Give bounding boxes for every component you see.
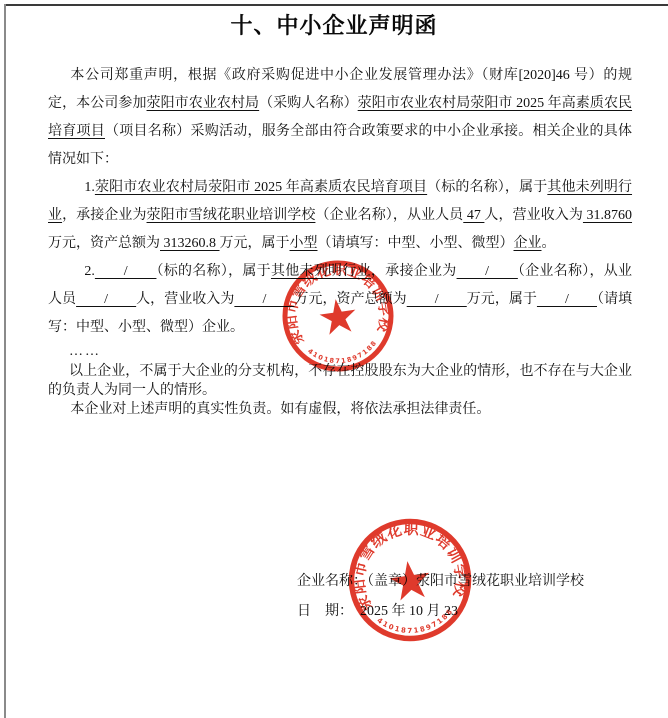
filled-field-text: 31.8760 [583,208,632,223]
filled-field-text: / [407,292,467,307]
text-run: （请填写：中型、小型、微型） [318,236,514,251]
text-run: …… [69,344,101,359]
text-run: 1. [84,180,95,195]
text-run: 万元，资产总额为 [48,236,160,251]
text-run: 万元，属于 [220,236,290,251]
filled-field-text: 荥阳市农业农村局 [147,96,260,111]
page-border-top [5,4,668,6]
text-run: 人，营业收入为 [136,292,234,307]
filled-field-text: 小型 [290,236,318,251]
date-line: 日 期： 2025 年 10 月 23 [297,597,584,627]
signature-block: 企业名称：（盖章）荥阳市雪绒花职业培训学校 日 期： 2025 年 10 月 2… [297,567,584,627]
filled-field-text: 47 [463,208,484,223]
text-run: （标的名称），属于 [427,180,547,195]
text-run: 本企业对上述声明的真实性负责。如有虚假，将依法承担法律责任。 [70,402,490,417]
filled-field-text: 荥阳市农业农村局荥阳市 2025 年高素质农民培育项目 [95,180,427,195]
text-run: ，承接企业为 [62,208,146,223]
paragraph-no-big-enterprise: 以上企业，不属于大企业的分支机构，不存在控股股东为大企业的情形，也不存在与大企业… [48,362,632,400]
text-run: ，承接企业为 [371,264,457,279]
text-run: 以上企业，不属于大企业的分支机构，不存在控股股东为大企业的情形，也不存在与大企业… [48,364,632,398]
paragraph-intro: 本公司郑重声明，根据《政府采购促进中小企业发展管理办法》（财库[2020]46 … [48,62,632,174]
company-name-line: 企业名称：（盖章）荥阳市雪绒花职业培训学校 [297,567,584,597]
filled-field-text: / [95,264,157,279]
text-run: 。 [542,236,556,251]
text-run: 人，营业收入为 [484,208,583,223]
filled-field-text: / [457,264,518,279]
paragraph-responsibility: 本企业对上述声明的真实性负责。如有虚假，将依法承担法律责任。 [48,400,632,419]
paragraph-ellipsis: …… [48,342,632,362]
filled-field-text: 荥阳市雪绒花职业培训学校 [147,208,316,223]
text-run: （标的名称），属于 [156,264,271,279]
filled-field-text: 其他未列明行业 [271,264,371,279]
filled-field-text: 企业 [514,236,542,251]
filled-field-text: / [76,292,136,307]
filled-field-text: / [234,292,294,307]
document-page: { "document": { "title": "十、中小企业声明函", "p… [0,0,668,718]
text-run: （项目名称）采购活动，服务全部由符合政策要求的中小企业承接。相关企业的具体情况如… [48,124,632,167]
filled-field-text: 313260.8 [160,236,220,251]
page-border-left [4,4,6,718]
filled-field-text: / [537,292,597,307]
page-title: 十、中小企业声明函 [0,9,668,40]
paragraph-item-1: 1.荥阳市农业农村局荥阳市 2025 年高素质农民培育项目（标的名称），属于其他… [48,174,632,258]
text-run: 万元，属于 [467,292,537,307]
document-body: 本公司郑重声明，根据《政府采购促进中小企业发展管理办法》（财库[2020]46 … [48,62,632,419]
text-run: 万元，资产总额为 [294,292,406,307]
text-run: （企业名称），从业人员 [315,208,463,223]
text-run: （采购人名称） [259,96,358,111]
text-run: 2. [84,264,95,279]
paragraph-item-2: 2. / （标的名称），属于其他未列明行业，承接企业为 / （企业名称），从业人… [48,258,632,342]
